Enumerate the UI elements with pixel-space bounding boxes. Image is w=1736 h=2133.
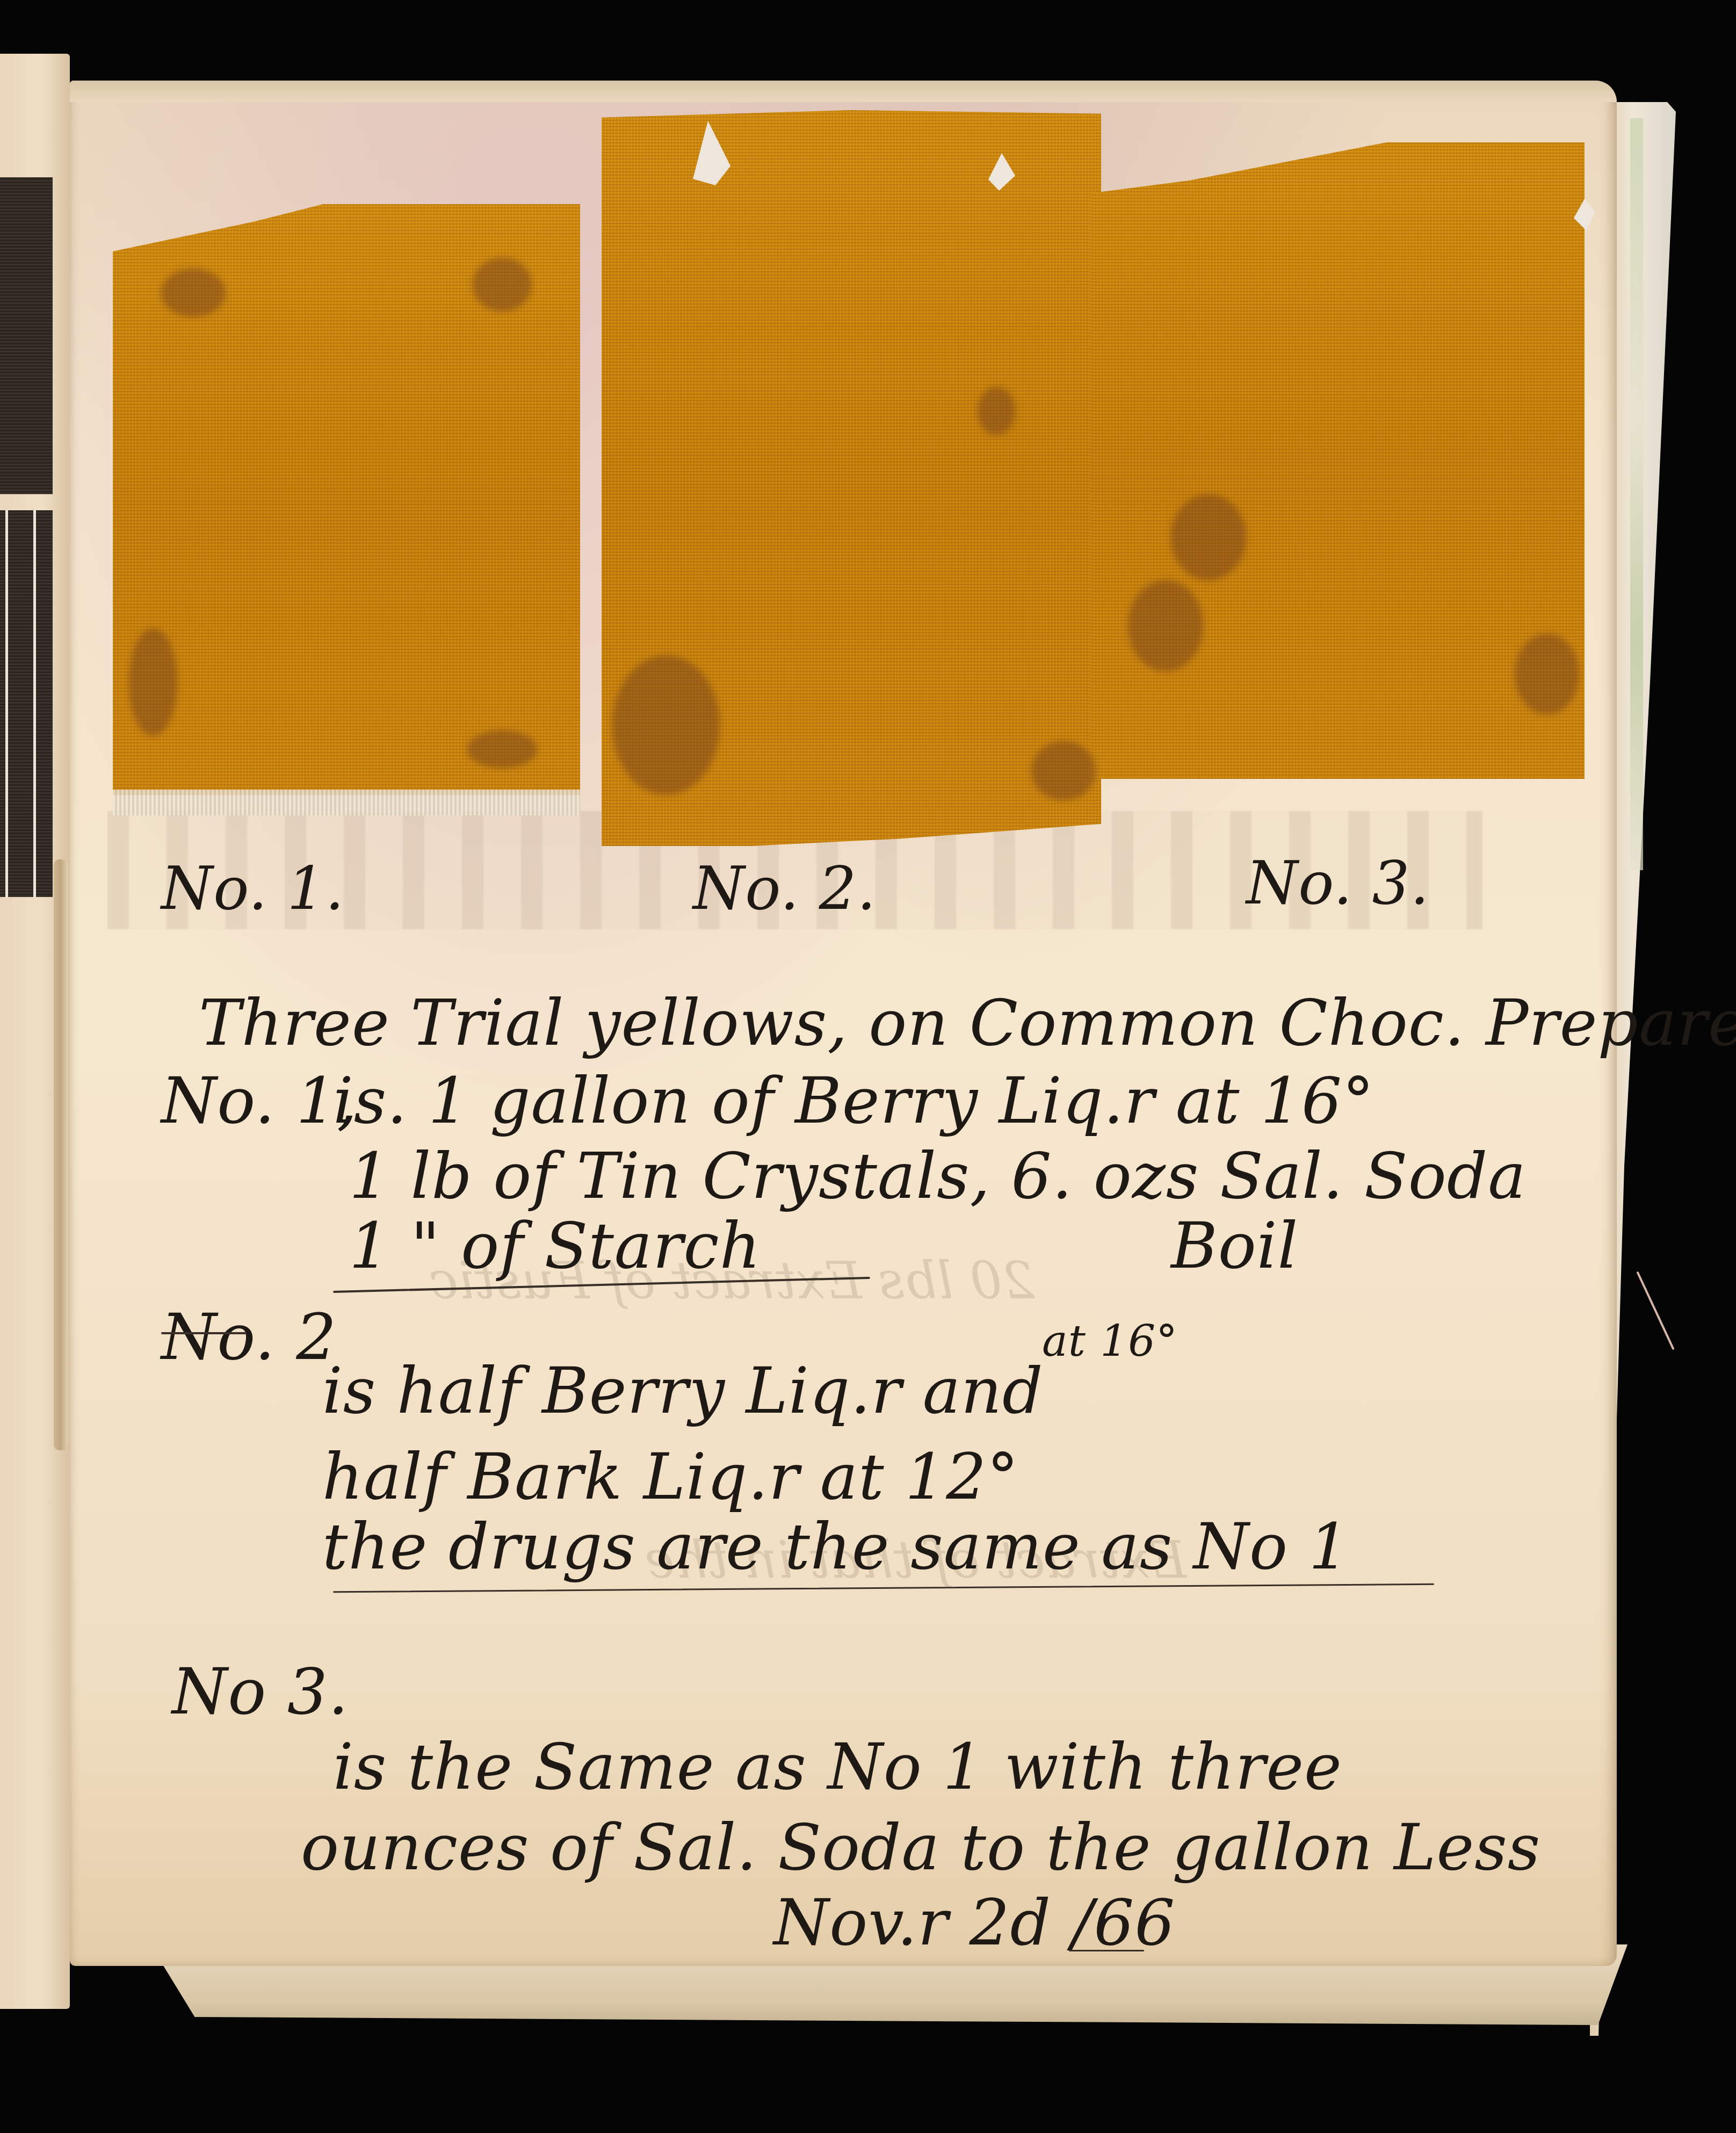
no1-line-2: 1 lb of Tin Crystals, 6. ozs Sal. Soda bbox=[349, 1139, 1527, 1213]
stain bbox=[1171, 494, 1246, 580]
date-underline bbox=[1069, 1950, 1144, 1951]
no3-line-1: is the Same as No 1 with three bbox=[333, 1730, 1342, 1804]
stain bbox=[129, 628, 177, 736]
swatch-stripe bbox=[33, 510, 36, 897]
stain bbox=[612, 655, 720, 795]
no2-line-1: is half Berry Liq.r and bbox=[322, 1354, 1044, 1428]
swatch-label-3: No. 3. bbox=[1246, 849, 1429, 917]
swatch-label-1: No. 1. bbox=[161, 854, 344, 923]
page-top-edge bbox=[70, 81, 1617, 102]
no1-line-1: is. 1 gallon of Berry Liq.r at 16° bbox=[333, 1064, 1375, 1138]
no1-boil: Boil bbox=[1171, 1209, 1298, 1283]
recipe-heading: Three Trial yellows, on Common Choc. Pre… bbox=[199, 986, 1736, 1060]
entry-date: Nov.r 2d /66 bbox=[773, 1885, 1175, 1960]
no2-line-2: half Bark Liq.r at 12° bbox=[322, 1440, 1019, 1514]
fabric-swatch-3 bbox=[1090, 142, 1585, 779]
stain bbox=[1128, 580, 1203, 671]
no2-line-3: the drugs are the same as No 1 bbox=[322, 1509, 1350, 1584]
no2-underline bbox=[161, 1332, 247, 1334]
page-edge-tint bbox=[1630, 118, 1643, 870]
left-page-dark-swatch bbox=[0, 177, 53, 494]
stain bbox=[1031, 741, 1096, 800]
binding-gutter bbox=[54, 859, 68, 1450]
swatch-1-selvage bbox=[113, 790, 580, 815]
stain bbox=[978, 387, 1015, 435]
stain bbox=[161, 269, 226, 317]
no1-label: No. 1, bbox=[161, 1064, 358, 1138]
loose-thread bbox=[1636, 1271, 1674, 1350]
no2-label: No. 2 bbox=[161, 1300, 337, 1374]
stain bbox=[467, 731, 537, 768]
no3-label: No 3. bbox=[172, 1654, 349, 1729]
stain bbox=[1515, 634, 1579, 714]
swatch-label-2: No. 2. bbox=[693, 854, 876, 923]
no2-superscript: at 16° bbox=[1042, 1316, 1178, 1366]
no1-line-3: 1 " of Starch bbox=[349, 1209, 761, 1283]
no3-line-2: ounces of Sal. Soda to the gallon Less bbox=[301, 1810, 1540, 1884]
stain bbox=[473, 258, 532, 312]
swatch-stripe bbox=[5, 510, 8, 897]
